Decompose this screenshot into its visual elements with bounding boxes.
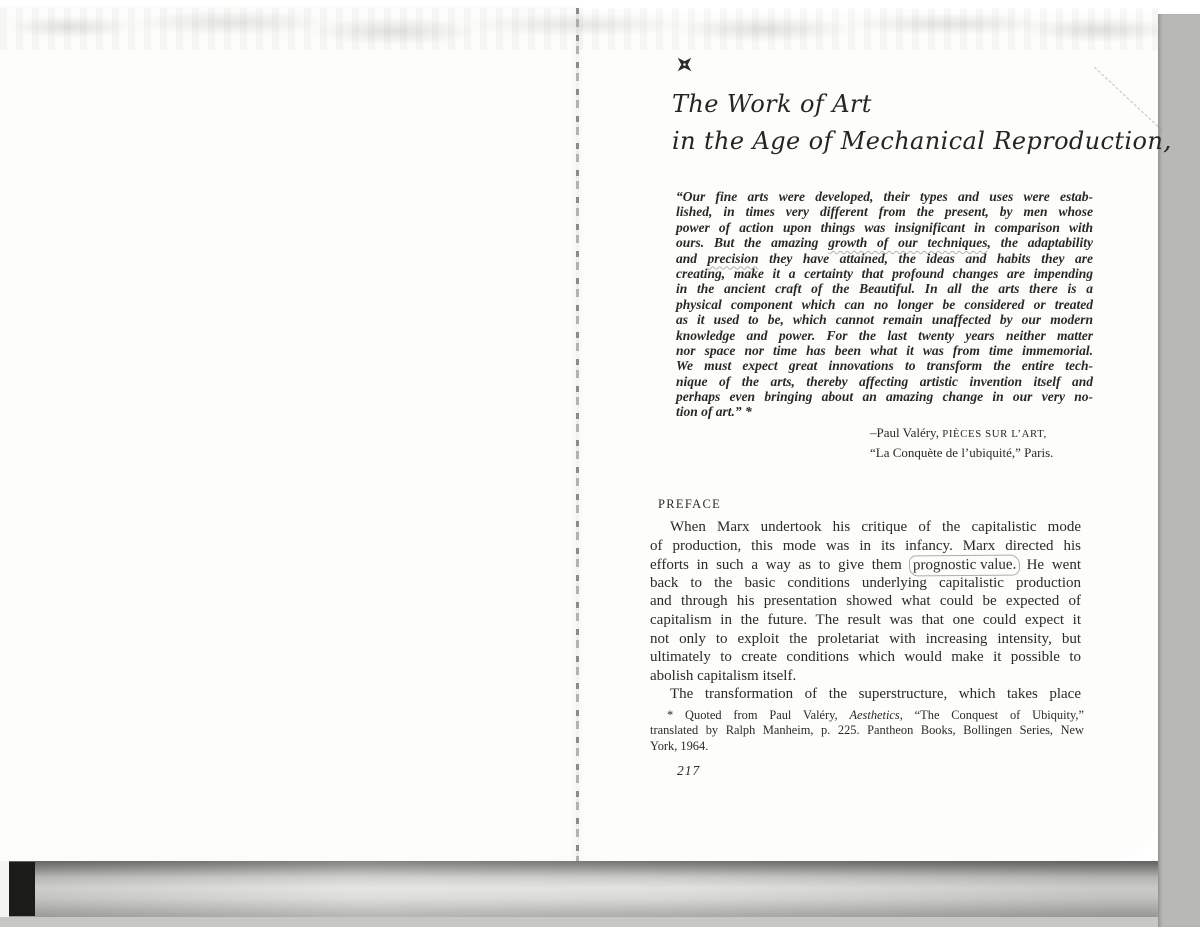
attribution-line1: –Paul Valéry, PIÈCES SUR L’ART, <box>870 424 1053 444</box>
book-gutter-line <box>576 8 579 861</box>
epigraph-line: power of action upon things was insignif… <box>676 220 1093 235</box>
pencil-box-annotation: prognostic value. <box>908 555 1019 576</box>
body-line: back to the basic conditions underlying … <box>650 574 1081 593</box>
body-line: efforts in such a way as to give them pr… <box>650 555 1081 574</box>
scan-black-mark <box>9 862 35 916</box>
epigraph-line: physical component which can no longer b… <box>676 297 1093 312</box>
footnote-work-title: Aesthetics <box>849 708 899 722</box>
epigraph-line: lished, in times very different from the… <box>676 204 1093 219</box>
epigraph-line: nor space nor time has been what it was … <box>676 343 1093 358</box>
epigraph-line: and precision they have attained, the id… <box>676 251 1093 266</box>
body-line: When Marx undertook his critique of the … <box>650 518 1081 537</box>
epigraph-line: We must expect great innovations to tran… <box>676 358 1093 373</box>
footnote: * Quoted from Paul Valéry, Aesthetics, “… <box>650 708 1084 754</box>
chapter-title-line2: in the Age of Mechanical Reproduction, <box>672 123 1172 160</box>
epigraph-line: nique of the arts, thereby affecting art… <box>676 374 1093 389</box>
attribution-line2: “La Conquète de l’ubiquité,” Paris. <box>870 444 1053 463</box>
title-flourish: , <box>1163 126 1172 156</box>
epigraph-attribution: –Paul Valéry, PIÈCES SUR L’ART, “La Conq… <box>870 424 1053 462</box>
preface-paragraph-2: The transformation of the superstructure… <box>650 685 1081 704</box>
scanner-bottom-bar <box>0 861 1200 917</box>
body-line: capitalism in the future. The result was… <box>650 611 1081 630</box>
body-line: The transformation of the superstructure… <box>650 685 1081 704</box>
footnote-line: * Quoted from Paul Valéry, Aesthetics, “… <box>650 708 1084 723</box>
scanned-book-spread: The Work of Art in the Age of Mechanical… <box>0 0 1200 927</box>
left-page-blank <box>0 6 579 862</box>
epigraph-line: perhaps even bringing about an amazing c… <box>676 389 1093 404</box>
body-line: of production, this mode was in its infa… <box>650 537 1081 556</box>
fleuron-icon <box>674 52 695 82</box>
chapter-title-line1: The Work of Art <box>672 86 1172 123</box>
epigraph-line: ours. But the amazing growth of our tech… <box>676 235 1093 250</box>
footnote-line: translated by Ralph Manheim, p. 225. Pan… <box>650 723 1084 738</box>
epigraph-quote: “Our fine arts were developed, their typ… <box>676 189 1093 420</box>
footnote-line: York, 1964. <box>650 739 1084 754</box>
pencil-underline-annotation: precision <box>708 251 759 266</box>
scanner-background-strip <box>0 917 1200 927</box>
epigraph-line: “Our fine arts were developed, their typ… <box>676 189 1093 204</box>
epigraph-line: knowledge and power. For the last twenty… <box>676 328 1093 343</box>
preface-paragraph-1: When Marx undertook his critique of the … <box>650 518 1081 685</box>
body-line: not only to exploit the proletariat with… <box>650 630 1081 649</box>
preface-heading: PREFACE <box>658 497 721 512</box>
body-line: and through his presentation showed what… <box>650 592 1081 611</box>
epigraph-line: tion of art.” * <box>676 404 1093 419</box>
epigraph-line: in the ancient craft of the Beautiful. I… <box>676 281 1093 296</box>
chapter-title: The Work of Art in the Age of Mechanical… <box>672 86 1172 160</box>
scan-left-edge <box>0 861 9 917</box>
pencil-underline-annotation: growth of our techniques <box>828 235 987 250</box>
body-line: abolish capitalism itself. <box>650 667 1081 686</box>
epigraph-line: as it used to be, which cannot remain un… <box>676 312 1093 327</box>
attribution-work-title: PIÈCES SUR L’ART, <box>942 428 1047 440</box>
body-line: ultimately to create conditions which wo… <box>650 648 1081 667</box>
page-number: 217 <box>677 763 700 779</box>
epigraph-line: creating, make it a certainty that profo… <box>676 266 1093 281</box>
